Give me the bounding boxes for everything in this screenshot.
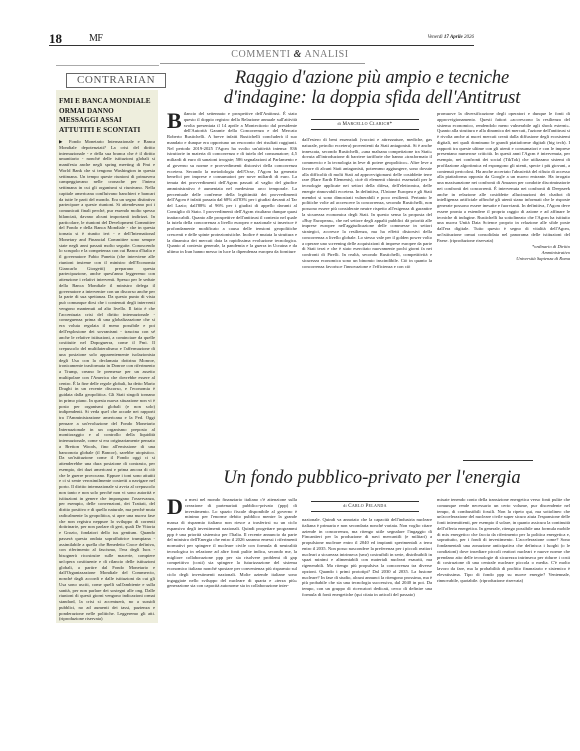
sidebar-top-rule: [56, 65, 159, 66]
page-number: 18: [49, 31, 62, 47]
article2-column-1: D a mesi nel mondo finanziario italiano …: [167, 497, 297, 667]
article1-column-2: dall'estero di beni essenziali (vaccini …: [302, 137, 432, 351]
byline-rule: [311, 501, 419, 502]
sidebar-headline: Fmi e Banca Mondiale ormai danno messagg…: [59, 97, 155, 135]
article-divider: [463, 460, 533, 461]
article2-byline: di Carlo Pelanda: [311, 503, 419, 509]
issue-date: Venerdì 17 Aprile 2026: [428, 35, 474, 40]
article2-column-3: mixate tenendo conto della transizione e…: [437, 497, 570, 667]
article2-column-2: nazionale. Quindi va annotato che la cap…: [302, 517, 432, 667]
article1-column-3: promuove la diversificazione degli opera…: [437, 111, 570, 456]
dropcap: B: [167, 112, 182, 129]
contrarian-sidebar: Fmi e Banca Mondiale ormai danno messagg…: [56, 90, 158, 623]
author-signature: *ordinario di Diritto Amministrativo Uni…: [437, 244, 570, 261]
section-rule: [160, 63, 365, 64]
byline-rule: [311, 511, 419, 512]
dropcap: D: [167, 498, 183, 515]
byline-rule: [311, 119, 419, 120]
publication-name: MF: [89, 33, 102, 44]
article1-column-1: B ilancio del settennato e prospettive d…: [167, 111, 297, 351]
byline-rule: [311, 129, 419, 130]
article1-byline: di Marcello Clarich*: [311, 121, 419, 127]
article1-headline: Raggio d'azione più ampio e tecniche d'i…: [167, 68, 577, 108]
arrow-icon: ▶: [59, 139, 65, 144]
section-title: COMMENTI & ANALISI: [180, 49, 400, 60]
masthead: 18 MF Venerdì 17 Aprile 2026: [49, 34, 474, 46]
article2-headline: Un fondo pubblico-privato per l'energia: [167, 468, 577, 488]
contrarian-label: CONTRARIAN: [66, 73, 166, 88]
sidebar-body-text: ▶ Fondo Monetario Internazionale e Banca…: [59, 139, 155, 622]
